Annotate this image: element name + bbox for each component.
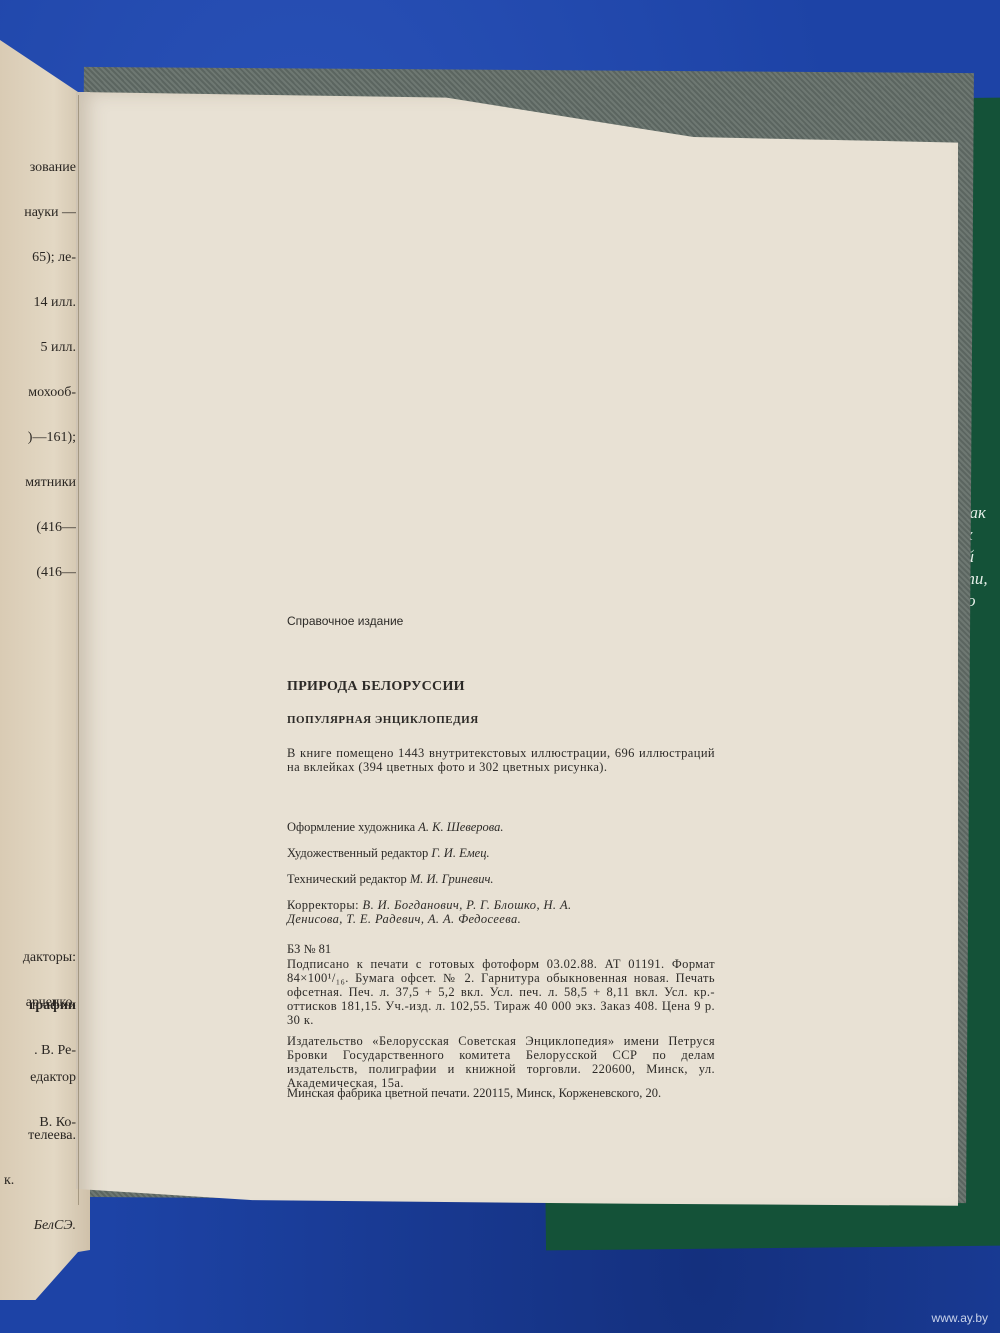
left-line: зование xyxy=(0,160,76,175)
page-gutter xyxy=(78,95,79,1205)
left-page-text-b4: телеева. к. БелСЭ. xyxy=(0,1098,76,1248)
credit-tech-editor: Технический редактор М. И. Гриневич. xyxy=(287,872,727,887)
left-line: БелСЭ. xyxy=(0,1218,76,1233)
left-line: (416— xyxy=(0,520,76,535)
left-line: графии xyxy=(0,998,76,1013)
credit-name: А. К. Шеверова. xyxy=(418,820,503,834)
left-line: к. xyxy=(0,1173,76,1188)
credit-proofreaders: Корректоры: В. И. Богданович, Р. Г. Блош… xyxy=(287,898,597,926)
left-line: (416— xyxy=(0,565,76,580)
left-line: )—161); xyxy=(0,430,76,445)
illustrations-note: В книге помещено 1443 внутритекстовых ил… xyxy=(287,746,715,774)
credit-name: Г. И. Емец. xyxy=(431,846,489,860)
left-line: 65); ле- xyxy=(0,250,76,265)
left-line: едактор xyxy=(0,1070,76,1085)
printer-info: Минская фабрика цветной печати. 220115, … xyxy=(287,1086,727,1101)
publisher-info: Издательство «Белорусская Советская Энци… xyxy=(287,1034,715,1090)
print-details: Подписано к печати с готовых фотоформ 03… xyxy=(287,957,715,1027)
credit-role: Технический редактор xyxy=(287,872,407,886)
left-line: мохооб- xyxy=(0,385,76,400)
bz-number: БЗ № 81 xyxy=(287,942,727,957)
left-line: науки — xyxy=(0,205,76,220)
book-subtitle: ПОПУЛЯРНАЯ ЭНЦИКЛОПЕДИЯ xyxy=(287,714,727,726)
left-line: дакторы: xyxy=(0,950,76,965)
watermark: www.ay.by xyxy=(932,1311,988,1325)
left-line: мятники xyxy=(0,475,76,490)
left-line: телеева. xyxy=(0,1128,76,1143)
credit-role: Художественный редактор xyxy=(287,846,428,860)
book-title: ПРИРОДА БЕЛОРУССИИ xyxy=(287,679,727,695)
edition-type: Справочное издание xyxy=(287,614,727,628)
left-line: 14 илл. xyxy=(0,295,76,310)
credit-designer: Оформление художника А. К. Шеверова. xyxy=(287,820,727,835)
credit-name: М. И. Гриневич. xyxy=(410,872,494,886)
credit-art-editor: Художественный редактор Г. И. Емец. xyxy=(287,846,727,861)
left-page-text-top: зование науки — 65); ле- 14 илл. 5 илл. … xyxy=(0,130,76,595)
credit-role: Корректоры: xyxy=(287,898,359,912)
credit-role: Оформление художника xyxy=(287,820,415,834)
left-line: 5 илл. xyxy=(0,340,76,355)
